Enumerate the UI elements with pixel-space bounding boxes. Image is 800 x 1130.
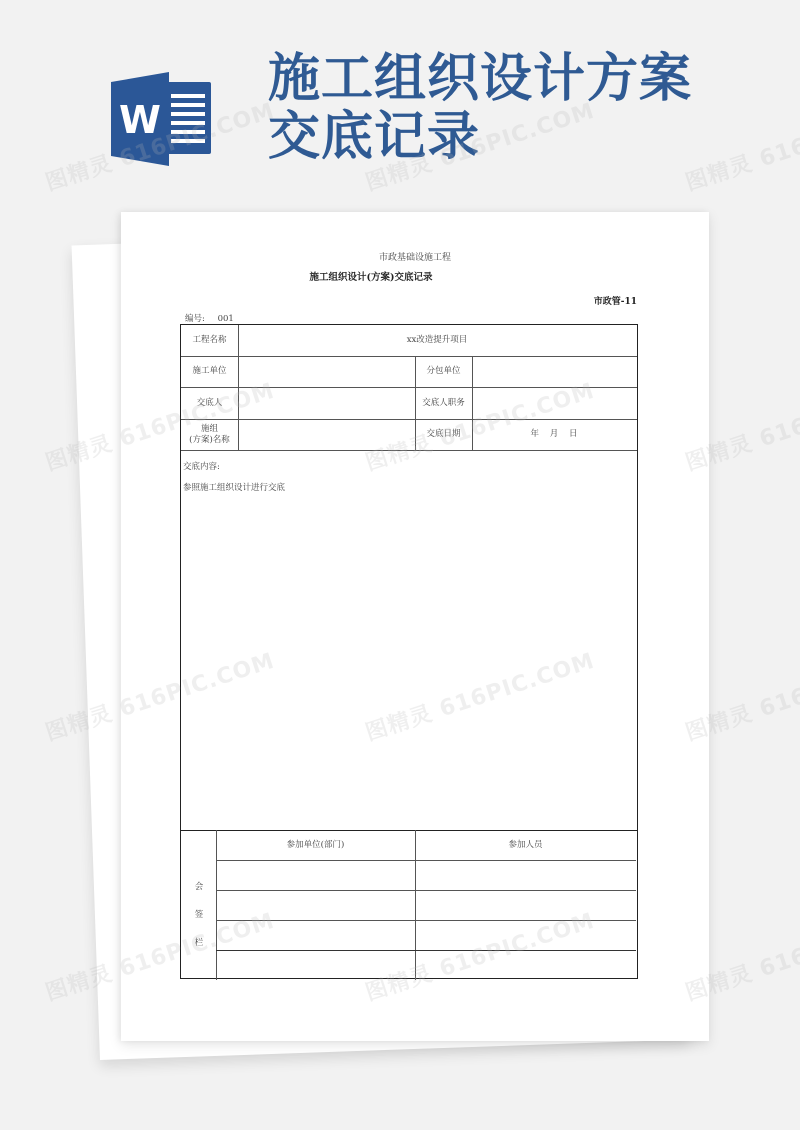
content-label: 交底内容: [183, 460, 220, 472]
signoff-unit-field[interactable] [216, 890, 415, 920]
signoff-people-field[interactable] [415, 860, 636, 890]
signoff-unit-field[interactable] [216, 950, 415, 978]
document-page: 市政基础设施工程 施工组织设计(方案)交底记录 市政管-11 编号: 001 工… [121, 212, 709, 1041]
signoff-unit-field[interactable] [216, 920, 415, 950]
document-title: 施工组织设计(方案)交底记录 [121, 269, 621, 283]
plan-name-label-line-1: 施组 [201, 424, 218, 435]
signoff-side-label: 会 签 栏 [181, 880, 217, 948]
banner-title-line-2: 交底记录 [268, 108, 708, 166]
date-label: 交底日期 [415, 419, 472, 450]
signoff-unit-field[interactable] [216, 860, 415, 890]
serial-number: 编号: 001 [185, 312, 244, 324]
presenter-label: 交底人 [181, 387, 238, 419]
signoff-unit-header: 参加单位(部门) [216, 830, 415, 860]
form-code: 市政管-11 [594, 294, 637, 307]
disclosure-form-table: 工程名称 xx改造提升项目 施工单位 分包单位 交底人 交底人职务 施组 (方案… [180, 324, 638, 979]
project-name-label: 工程名称 [181, 325, 238, 356]
banner-title-line-1: 施工组织设计方案 [268, 50, 708, 108]
serial-label: 编号: [185, 314, 205, 324]
signoff-people-field[interactable] [415, 920, 636, 950]
svg-text:W: W [119, 98, 161, 142]
subcontractor-field[interactable] [472, 356, 636, 387]
content-area[interactable]: 交底内容: 参照施工组织设计进行交底 [181, 450, 636, 830]
signoff-people-field[interactable] [415, 950, 636, 978]
content-text[interactable]: 参照施工组织设计进行交底 [183, 481, 285, 493]
contractor-field[interactable] [238, 356, 415, 387]
serial-value: 001 [218, 314, 234, 324]
signoff-people-field[interactable] [415, 890, 636, 920]
plan-name-field[interactable] [238, 419, 415, 450]
presenter-title-field[interactable] [472, 387, 636, 419]
word-document-icon: W [111, 72, 213, 166]
plan-name-label: 施组 (方案)名称 [181, 419, 238, 450]
signoff-people-header: 参加人员 [415, 830, 636, 860]
project-name-field[interactable]: xx改造提升项目 [238, 325, 636, 356]
contractor-label: 施工单位 [181, 356, 238, 387]
presenter-field[interactable] [238, 387, 415, 419]
date-field[interactable]: 年 月 日 [472, 419, 636, 450]
document-subtitle: 市政基础设施工程 [121, 250, 709, 263]
banner-title: 施工组织设计方案 交底记录 [268, 50, 708, 166]
presenter-title-label: 交底人职务 [415, 387, 472, 419]
plan-name-label-line-2: (方案)名称 [189, 435, 230, 446]
subcontractor-label: 分包单位 [415, 356, 472, 387]
